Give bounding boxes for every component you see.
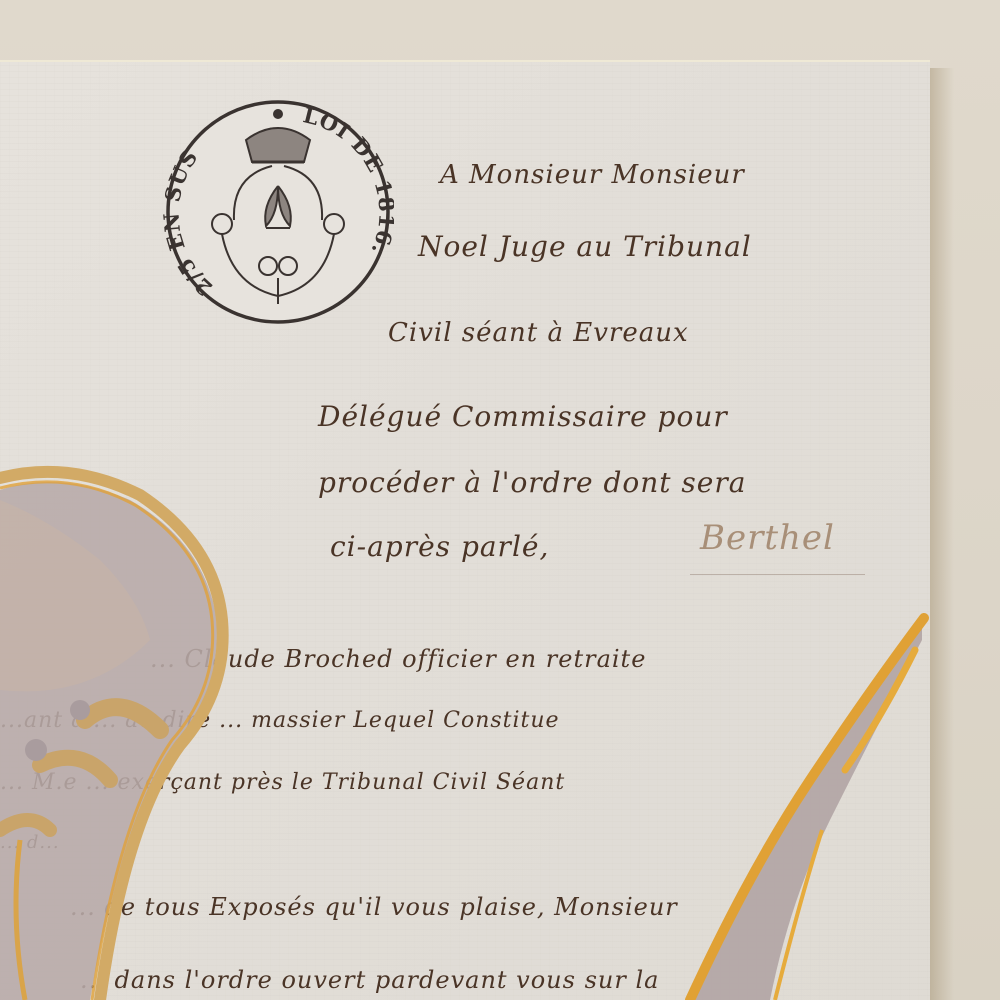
address-line-6: ci-après parlé, [330,530,549,563]
address-line-4: Délégué Commissaire pour [318,400,728,433]
body-line-2: ...ant a ... au dire ... massier Lequel … [0,708,560,733]
address-line-2: Noel Juge au Tribunal [418,230,752,263]
body-line-5: ... de tous Exposés qu'il vous plaise, M… [70,893,678,921]
address-line-1: A Monsieur Monsieur [440,160,745,190]
paper-shadow [930,68,954,1000]
body-line-4: ... d... [0,832,60,853]
tax-stamp: 2/5 EN SUS LOI DE 1816. [162,96,394,328]
signature-underline [690,574,865,575]
signature: Berthel [700,518,835,558]
body-line-3: ... M.e ... exerçant près le Tribunal Ci… [0,770,565,795]
body-line-6: ... dans l'ordre ouvert pardevant vous s… [80,966,659,994]
address-line-3: Civil séant à Evreaux [388,318,689,348]
body-line-1: ... Claude Broched officier en retraite [150,645,646,673]
address-line-5: procéder à l'ordre dont sera [318,466,746,499]
